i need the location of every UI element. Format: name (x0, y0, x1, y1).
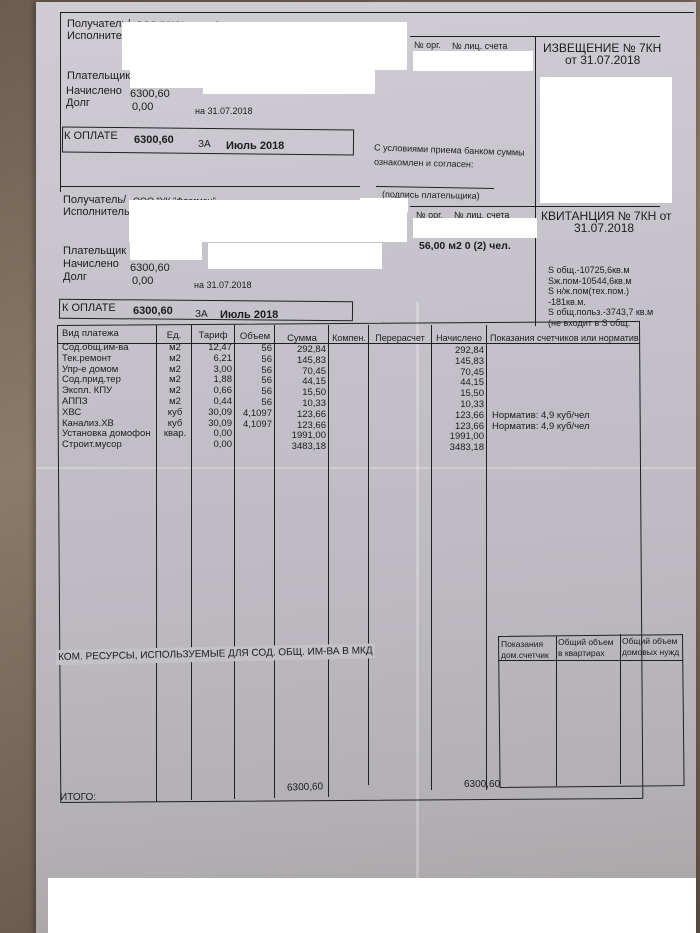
header-charged: Начислено (432, 333, 486, 344)
column-readings: Норматив: 4,9 куб/челНорматив: 4,9 куб/ч… (492, 346, 590, 454)
cell-service: ХВС (62, 408, 151, 419)
col-line (486, 325, 487, 790)
notice-divider (535, 36, 536, 326)
redacted-qr-code (540, 77, 672, 203)
col-line (191, 325, 192, 800)
redacted-account-number (413, 218, 537, 238)
cell-volume: 56 (236, 355, 272, 366)
receipt-debt-label: Долг (63, 271, 87, 283)
notice-debt-value: 0,00 (132, 101, 153, 113)
receipt-charged-value: 6300,60 (130, 262, 170, 274)
cell-readings (492, 368, 590, 379)
column-unit: м2м2м2м2м2м2кубкубквар. (163, 343, 187, 451)
header-unit: Ед. (160, 330, 188, 341)
cell-volume (236, 430, 272, 441)
col-line (328, 325, 329, 797)
receipt-payer-label: Плательщик (63, 245, 126, 257)
cell-service: Строит.мусор (62, 440, 151, 451)
notice-charged-value: 6300,60 (130, 88, 170, 100)
cell-readings (492, 443, 590, 454)
receipt-debt-value: 0,00 (132, 275, 153, 287)
receipt-for-label: ЗА (195, 309, 208, 320)
redacted-payer (130, 242, 202, 260)
col-line (234, 325, 235, 799)
receipt-to-pay-value: 6300,60 (133, 305, 173, 317)
meter-header-readings: Показания дом.счетчик (501, 639, 549, 661)
cell-readings (492, 346, 590, 357)
receipt-recipient-label: Получатель/ (63, 194, 126, 206)
receipt-period: Июль 2018 (220, 309, 278, 321)
header-tariff: Тариф (193, 330, 233, 341)
cell-readings (492, 378, 590, 389)
header-service: Вид платежа (62, 328, 119, 339)
total-charged: 6300,60 (464, 779, 500, 791)
redacted-address (129, 200, 407, 242)
cell-readings (492, 389, 590, 400)
meter-col-line (556, 636, 557, 786)
notice-recipient-label: Получатель/ (67, 18, 130, 30)
receipt-top-line (60, 186, 360, 187)
cell-sum: 3483,18 (276, 442, 326, 453)
total-label: ИТОГО: (60, 792, 96, 804)
redacted-address (122, 22, 407, 70)
header-recalc: Перерасчет (370, 333, 430, 344)
notice-debt-label: Долг (66, 97, 90, 109)
cell-tariff: 30,09 (194, 408, 232, 419)
header-compensation: Компен. (329, 333, 369, 344)
cell-charged: 3483,18 (432, 443, 484, 454)
meter-header-common-volume: Общий объем домовых нужд (622, 636, 679, 658)
receipt-top-line-right (410, 206, 660, 207)
redacted-payer-address (208, 243, 382, 269)
notice-payer-label: Плательщик (67, 70, 130, 82)
building-info: S общ.-10725,6кв.м Sж.пом-10544,6кв.м S … (548, 265, 653, 328)
cell-readings (492, 432, 590, 443)
cell-service: Тек.ремонт (62, 354, 151, 365)
building-info-line: -181кв.м. (548, 297, 653, 308)
building-info-line: S н/ж.пом(тех.пом.) (548, 286, 653, 297)
cell-readings (492, 357, 590, 368)
redacted-payer-address (203, 70, 375, 94)
redacted-account-number (413, 51, 533, 71)
notice-to-pay-value: 6300,60 (134, 134, 174, 146)
notice-for-label: ЗА (198, 139, 211, 150)
col-line (274, 325, 275, 798)
receipt-debt-date: на 31.07.2018 (194, 280, 252, 291)
cell-sum: 123,66 (276, 410, 326, 421)
receipt-title-date: 31.07.2018 (574, 222, 634, 234)
column-service: Сод.общ.им-ваТек.ремонтУпр-е домомСод.пр… (62, 343, 151, 451)
cell-sum: 145,83 (276, 356, 326, 367)
receipt-charged-label: Начислено (63, 258, 119, 270)
cell-charged: 145,83 (432, 357, 484, 368)
building-info-line: S общ.-10725,6кв.м (548, 265, 653, 276)
cell-readings: Норматив: 4,9 куб/чел (492, 411, 590, 422)
cell-readings: Норматив: 4,9 куб/чел (492, 422, 590, 433)
cell-charged: 123,66 (432, 411, 484, 422)
cell-unit: куб (163, 408, 187, 419)
meter-header-apartment-volume: Общий объем в квартирах (558, 637, 614, 659)
receipt-executor-label: Исполнитель (63, 206, 130, 218)
header-volume: Объем (236, 331, 274, 342)
notice-debt-date: на 31.07.2018 (195, 106, 253, 117)
notice-top-line (410, 36, 660, 37)
meter-col-line (620, 634, 621, 784)
notice-org-no-label: № орг. (414, 40, 441, 51)
notice-period: Июль 2018 (226, 140, 284, 152)
total-sum: 6300,60 (287, 781, 324, 794)
cell-volume: 4,1097 (236, 409, 272, 420)
column-volume: 5656565656564,10974,1097 (236, 344, 272, 452)
column-sum: 292,84145,8370,4544,1515,5010,33123,6612… (276, 345, 326, 453)
cell-volume: 4,1097 (236, 420, 272, 431)
building-info-line: S общ.польз.-3743,7 кв.м (548, 307, 653, 318)
col-line (368, 325, 369, 785)
building-info-line: Sж.пом-10544,6кв.м (548, 276, 653, 287)
header-readings: Показания счетчиков или норматив (490, 333, 639, 344)
cell-tariff: 0,00 (194, 440, 232, 451)
header-sum: Сумма (276, 333, 328, 344)
cell-volume (236, 441, 272, 452)
area-residents: 56,00 м2 0 (2) чел. (419, 240, 511, 252)
column-charged: 292,84145,8370,4544,1515,5010,33123,6612… (432, 346, 484, 454)
cell-unit: м2 (163, 354, 187, 365)
notice-title-date: от 31.07.2018 (565, 54, 640, 66)
redacted-bottom (48, 878, 696, 933)
cell-tariff: 6,21 (194, 354, 232, 365)
notice-to-pay-label: К ОПЛАТЕ (64, 130, 118, 142)
col-line (156, 325, 157, 802)
receipt-to-pay-label: К ОПЛАТЕ (62, 302, 116, 314)
notice-charged-label: Начислено (66, 85, 122, 97)
cell-unit (163, 440, 187, 451)
column-tariff: 12,476,213,001,880,660,4430,0930,090,000… (194, 343, 232, 451)
